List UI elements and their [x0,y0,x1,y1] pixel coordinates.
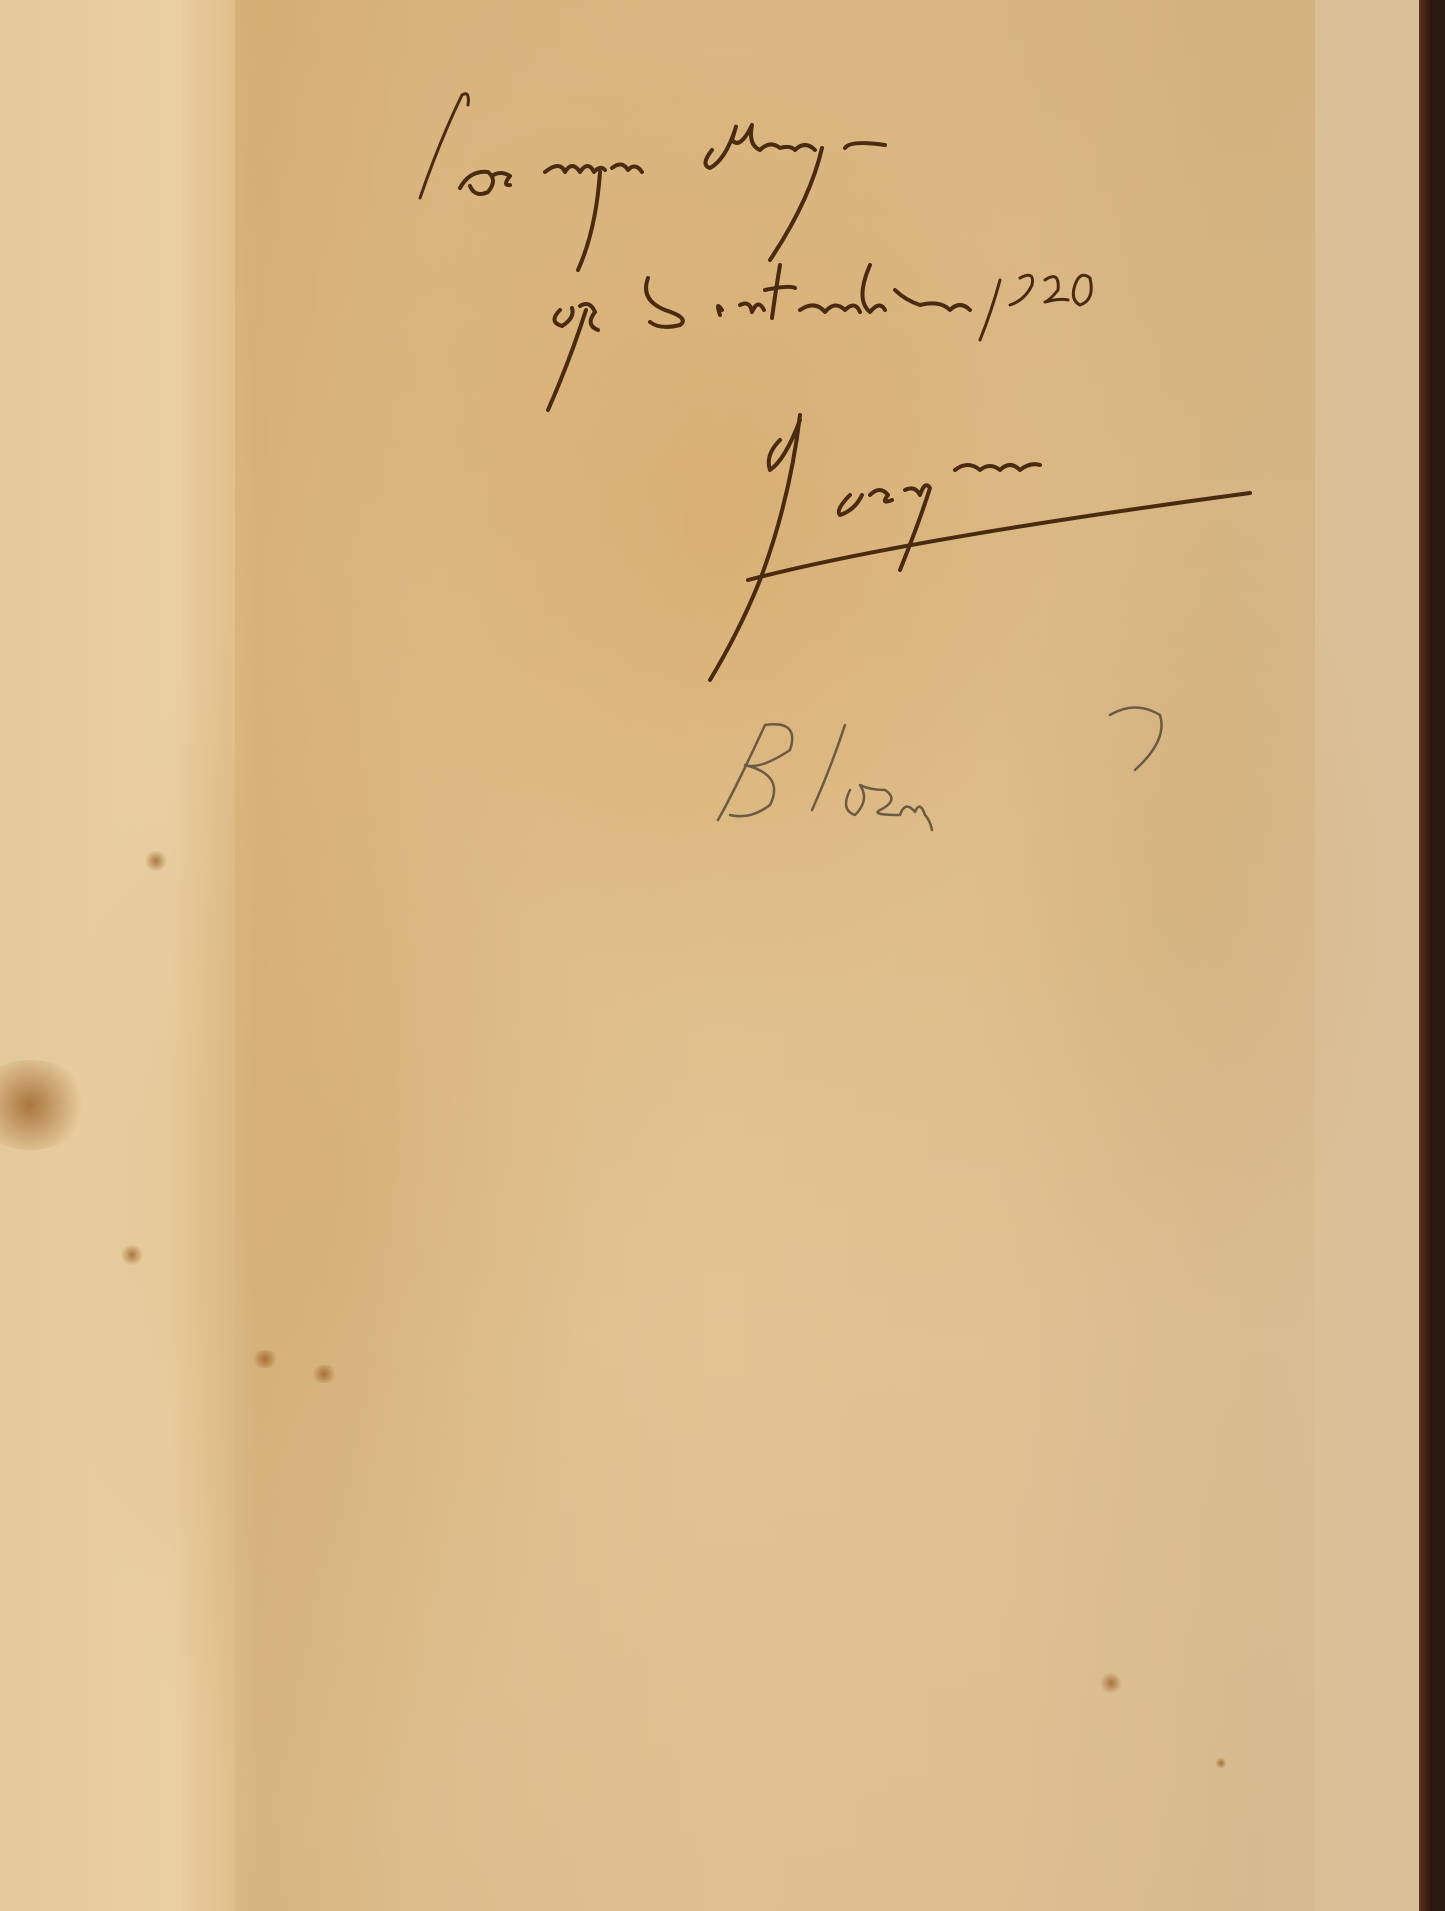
book-edge [1419,0,1432,1911]
aged-book-page: Voor mijn Meisje op Sinterklaas 1920 Jac… [0,0,1432,1911]
pencil-annotation [0,0,1432,1911]
